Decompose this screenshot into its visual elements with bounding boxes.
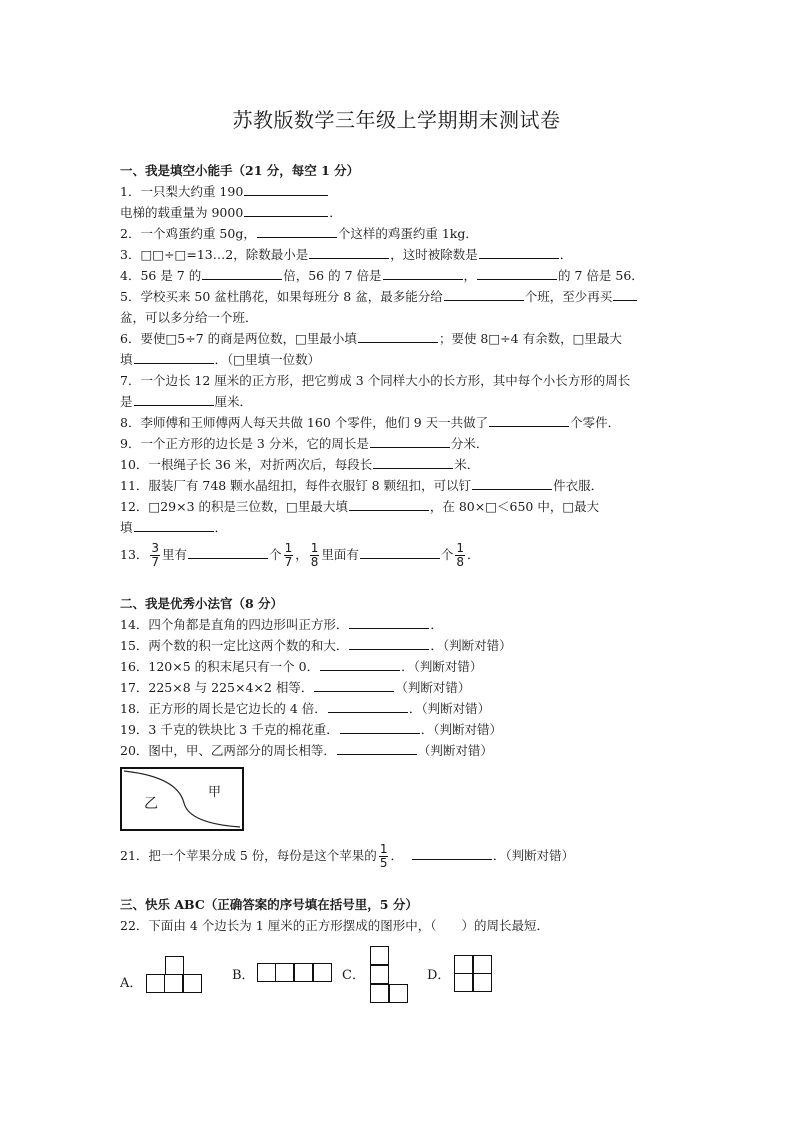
question-text: 是 [120,394,133,409]
answer-blank[interactable] [309,245,389,259]
option-d-label[interactable]: D． [427,964,450,983]
question-text: ， [464,268,477,283]
unit-square [294,963,313,982]
page-title: 苏教版数学三年级上学期期末测试卷 [0,104,793,133]
question-text: ．（判断对错） [409,701,490,716]
fraction: 18 [310,542,320,569]
question-text: 个 [269,547,282,562]
question-text: 12．□29×3 的积是三位数，□里最大填 [120,499,348,514]
question-text: 14．四个角都是直角的四边形叫正方形． [120,617,348,632]
denominator: 7 [151,556,159,569]
question-text: ．（判断对错） [401,659,482,674]
numerator: 1 [455,542,465,556]
unit-square [183,974,202,993]
answer-blank[interactable] [314,678,394,692]
answer-blank[interactable] [134,518,214,532]
question-18: 18．正方形的周长是它边长的 4 倍．．（判断对错） [120,698,680,719]
option-a-label[interactable]: A． [120,972,142,991]
question-text: 1．一只梨大约重 190 [120,184,243,199]
unit-square [454,955,473,974]
answer-blank[interactable] [373,455,453,469]
question-text: 22．下面由 4 个边长为 1 厘米的正方形摆成的图形中，（ ）的周长最短． [120,918,549,933]
unit-square [473,955,492,974]
question-text: 5．学校买来 50 盆杜鹃花，如果每班分 8 盆，最多能分给 [120,289,443,304]
question-text: 6．要使□5÷7 的商是两位数，□里最小填 [120,331,357,346]
unit-square [165,956,184,975]
question-text: 分米． [451,436,489,451]
question-text: ，在 80×□＜650 中，□最大 [430,499,599,514]
question-16: 16．120×5 的积末尾只有一个 0．．（判断对错） [120,656,680,677]
unit-square [370,946,389,965]
question-text: 21．把一个苹果分成 5 份，每份是这个苹果的 [120,848,377,863]
question-1: 1．一只梨大约重 190 [120,181,680,202]
answer-blank[interactable] [349,497,429,511]
question-22-options: A． B． C． D． [120,942,680,1012]
question-7-cont: 是厘米． [120,391,680,412]
denominator: 7 [285,556,293,569]
question-text: 10．一根绳子长 36 米，对折两次后，每段长 [120,457,372,472]
numerator: 1 [284,542,294,556]
question-6-cont: 填．（□里填一位数） [120,349,680,370]
question-11: 11．服装厂有 748 颗水晶纽扣，每件衣服钉 8 颗纽扣，可以钉件衣服． [120,475,680,496]
question-2: 2．一个鸡蛋约重 50g，个这样的鸡蛋约重 1kg． [120,223,680,244]
answer-blank[interactable] [370,434,450,448]
answer-blank[interactable] [328,699,408,713]
question-text: 17．225×8 与 225×4×2 相等． [120,680,313,695]
unit-square [454,973,473,992]
question-text: （判断对错） [418,743,493,758]
question-text: 电梯的载重量为 9000 [120,205,243,220]
question-number: 13． [120,547,148,562]
section-3-heading: 三、快乐 ABC（正确答案的序号填在括号里，5 分） [120,894,680,915]
question-22: 22．下面由 4 个边长为 1 厘米的正方形摆成的图形中，（ ）的周长最短． [120,915,680,936]
question-text: 个班，至少再买 [525,289,613,304]
question-text: （判断对错） [395,680,470,695]
region-yi-label: 乙 [144,793,158,813]
question-text: 19．3 千克的铁块比 3 千克的棉花重． [120,722,339,737]
question-17: 17．225×8 与 225×4×2 相等．（判断对错） [120,677,680,698]
fraction: 37 [150,542,160,569]
answer-blank[interactable] [337,741,417,755]
answer-blank[interactable] [360,545,440,559]
answer-blank[interactable] [134,350,214,364]
unit-square [164,974,183,993]
answer-blank[interactable] [188,545,268,559]
question-20: 20．图中，甲、乙两部分的周长相等．（判断对错） [120,740,680,761]
answer-blank[interactable] [444,287,524,301]
question-text: ．（判断对错） [421,722,502,737]
question-7: 7．一个边长 12 厘米的正方形，把它剪成 3 个同样大小的长方形，其中每个小长… [120,370,680,391]
question-text: 11．服装厂有 748 颗水晶纽扣，每件衣服钉 8 颗纽扣，可以钉 [120,478,471,493]
question-text: 厘米． [215,394,253,409]
question-12: 12．□29×3 的积是三位数，□里最大填，在 80×□＜650 中，□最大 [120,496,680,517]
question-5-cont: 盆，可以多分给一个班． [120,307,680,328]
section-1-heading: 一、我是填空小能手（21 分，每空 1 分） [120,160,680,181]
option-b-label[interactable]: B． [232,964,255,983]
question-6: 6．要使□5÷7 的商是两位数，□里最小填；要使 8□÷4 有余数，□里最大 [120,328,680,349]
answer-blank[interactable] [349,615,429,629]
question-15: 15．两个数的积一定比这两个数的和大．．（判断对错） [120,635,680,656]
question-text: 2．一个鸡蛋约重 50g， [120,226,256,241]
question-text: ， [295,547,308,562]
fraction: 18 [455,542,465,569]
question-text: 米． [454,457,479,472]
unit-square [313,963,332,982]
curve-divider-icon [122,769,242,829]
question-text: 7．一个边长 12 厘米的正方形，把它剪成 3 个同样大小的长方形，其中每个小长… [120,373,630,388]
question-text: 个零件． [570,415,620,430]
unit-square [389,984,408,1003]
denominator: 5 [380,857,388,870]
answer-blank[interactable] [489,413,569,427]
question-8: 8．李师傅和王师傅两人每天共做 160 个零件，他们 9 天一共做了个零件． [120,412,680,433]
question-text: 9．一个正方形的边长是 3 分米，它的周长是 [120,436,369,451]
question-text: ． [215,520,228,535]
question-5: 5．学校买来 50 盆杜鹃花，如果每班分 8 盆，最多能分给个班，至少再买 [120,286,680,307]
question-text: ．（□里填一位数） [215,352,321,367]
spacer [120,873,680,894]
unit-square [473,973,492,992]
question-text: 盆，可以多分给一个班． [120,310,258,325]
unit-square [257,963,276,982]
answer-blank[interactable] [340,720,420,734]
answer-blank[interactable] [244,203,328,217]
question-text: ；要使 8□÷4 有余数，□里最大 [439,331,622,346]
answer-blank[interactable] [202,266,282,280]
answer-blank[interactable] [257,224,337,238]
question-text: 里面有 [321,547,359,562]
question-text: 15．两个数的积一定比这两个数的和大． [120,638,348,653]
question-text: 里有 [162,547,187,562]
question-text: 的 7 倍是 56． [558,268,644,283]
question-3: 3．□□÷□=13…2，除数最小是，这时被除数是． [120,244,680,265]
question-text: 4．56 是 7 的 [120,268,201,283]
question-text: ．（判断对错） [493,848,574,863]
question-13: 13．37里有个17，18里面有个18． [120,538,680,572]
question-text: 个这样的鸡蛋约重 1kg． [338,226,478,241]
answer-blank[interactable] [472,476,552,490]
question-text: ．（判断对错） [430,638,511,653]
option-c-label[interactable]: C． [342,964,365,983]
question-19: 19．3 千克的铁块比 3 千克的棉花重．．（判断对错） [120,719,680,740]
answer-blank[interactable] [320,657,400,671]
question-text: 16．120×5 的积末尾只有一个 0． [120,659,319,674]
section-2-heading: 二、我是优秀小法官（8 分） [120,593,680,614]
answer-blank[interactable] [479,245,559,259]
answer-blank[interactable] [477,266,557,280]
question-text: ． [430,617,443,632]
region-jia-label: 甲 [208,781,221,800]
answer-blank[interactable] [613,287,637,301]
question-text: 18．正方形的周长是它边长的 4 倍． [120,701,327,716]
question-4: 4．56 是 7 的倍，56 的 7 倍是，的 7 倍是 56． [120,265,680,286]
question-text: 个 [441,547,454,562]
question-text: ． [467,547,480,562]
exam-content: 一、我是填空小能手（21 分，每空 1 分） 1．一只梨大约重 190 电梯的载… [120,160,680,1012]
question-text: ，这时被除数是 [390,247,478,262]
numerator: 1 [310,542,320,556]
numerator: 3 [150,542,160,556]
option-b-figure[interactable] [257,963,337,983]
question-text: 填 [120,352,133,367]
answer-blank[interactable] [383,266,463,280]
question-9: 9．一个正方形的边长是 3 分米，它的周长是分米． [120,433,680,454]
figure-20-rectangle: 乙 甲 [120,767,244,831]
question-text: 倍，56 的 7 倍是 [283,268,381,283]
question-text: 件衣服． [553,478,603,493]
answer-blank[interactable] [412,846,492,860]
answer-blank[interactable] [134,392,214,406]
question-10: 10．一根绳子长 36 米，对折两次后，每段长米． [120,454,680,475]
option-d-figure[interactable] [454,955,494,995]
question-text: 填 [120,520,133,535]
unit-square [146,974,165,993]
option-c-figure[interactable] [370,946,410,1004]
question-text: ． [560,247,573,262]
question-text: ． [390,848,403,863]
question-text: 20．图中，甲、乙两部分的周长相等． [120,743,336,758]
question-text: ． [329,205,342,220]
answer-blank[interactable] [244,182,328,196]
denominator: 8 [311,556,319,569]
question-text: 3．□□÷□=13…2，除数最小是 [120,247,308,262]
spacer [120,572,680,593]
question-text: 8．李师傅和王师傅两人每天共做 160 个零件，他们 9 天一共做了 [120,415,488,430]
fraction: 15 [379,843,389,870]
denominator: 8 [456,556,464,569]
question-12-cont: 填． [120,517,680,538]
answer-blank[interactable] [349,636,429,650]
unit-square [370,984,389,1003]
numerator: 1 [379,843,389,857]
option-a-figure[interactable] [146,956,206,996]
unit-square [370,965,389,984]
question-14: 14．四个角都是直角的四边形叫正方形．． [120,614,680,635]
fraction: 17 [284,542,294,569]
unit-square [275,963,294,982]
answer-blank[interactable] [358,329,438,343]
question-1-cont: 电梯的载重量为 9000． [120,202,680,223]
question-21: 21．把一个苹果分成 5 份，每份是这个苹果的15． ．（判断对错） [120,839,680,873]
